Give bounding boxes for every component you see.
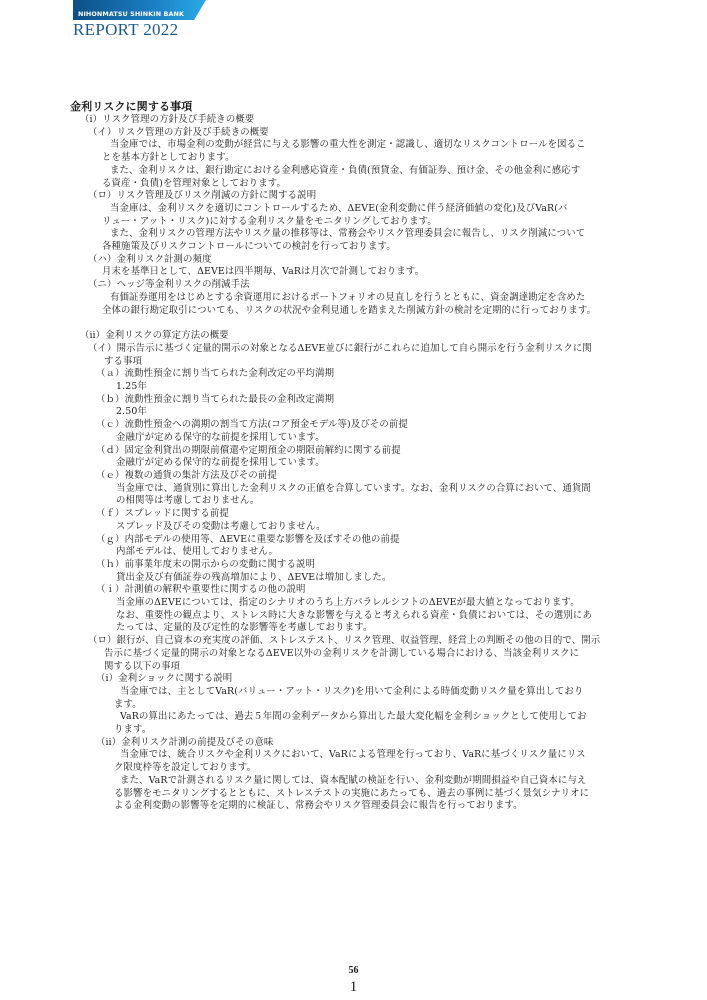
bank-name: NIHONMATSU SHINKIN BANK	[78, 10, 184, 18]
document-lines: （ⅰ）リスク管理の方針及び手続きの概要（イ）リスク管理の方針及び手続きの概要当金…	[70, 114, 640, 813]
text-line: リュー・アット・リスク)に対する金利リスク量をモニタリングしております。	[70, 216, 640, 229]
text-line: 当金庫は、金利リスクを適切にコントロールするため、ΔEVE(金利変動に伴う経済価…	[70, 203, 640, 216]
text-line: よる金利変動の影響等を定期的に検証し、常務会やリスク管理委員会に報告を行っており…	[70, 800, 640, 813]
text-line: ク限度枠等を設定しております。	[70, 762, 640, 775]
text-line: （ⅱ）金利リスク計測の前提及びその意味	[70, 737, 640, 750]
text-line: 告示に基づく定量的開示の対象となるΔEVE以外の金利リスクを計測している場合にお…	[70, 648, 640, 661]
text-line: （ｈ）前事業年度末の開示からの変動に関する説明	[70, 559, 640, 572]
text-line: る影響をモニタリングするとともに、ストレステストの実施にあたっても、過去の事例に…	[70, 788, 640, 801]
text-line: する事項	[70, 356, 640, 369]
text-line: 各種施策及びリスクコントロールについての検討を行っております。	[70, 241, 640, 254]
text-line: 当金庫では、統合リスクや金利リスクにおいて、VaRによる管理を行っており、VaR…	[70, 749, 640, 762]
text-line: 当金庫では、市場金利の変動が経営に与える影響の重大性を測定・認識し、適切なリスク…	[70, 139, 640, 152]
text-line: 有価証券運用をはじめとする余資運用におけるポートフォリオの見直しを行うとともに、…	[70, 292, 640, 305]
text-line: なお、重要性の観点より、ストレス時に大きな影響を与えると考えられる資産・負債にお…	[70, 610, 640, 623]
text-line: また、VaRで計測されるリスク量に関しては、資本配賦の検証を行い、金利変動が期間…	[70, 775, 640, 788]
text-line: 内部モデルは、使用しておりません。	[70, 546, 640, 559]
spacer	[70, 317, 640, 330]
text-line: スプレッド及びその変動は考慮しておりません。	[70, 521, 640, 534]
text-line: とを基本方針としております。	[70, 152, 640, 165]
report-title: REPORT 2022	[73, 20, 178, 40]
text-line: （ニ）ヘッジ等金利リスクの削減手法	[70, 279, 640, 292]
text-line: VaRの算出にあたっては、過去５年間の金利データから算出した最大変化幅を金利ショ…	[70, 711, 640, 724]
text-line: 1.25年	[70, 381, 640, 394]
text-line: 関する以下の事項	[70, 661, 640, 674]
text-line: （ⅰ）リスク管理の方針及び手続きの概要	[70, 114, 640, 127]
text-line: （ｇ）内部モデルの使用等、ΔEVEに重要な影響を及ぼすその他の前提	[70, 534, 640, 547]
text-line: たっては、定量的及び定性的な影響等を考慮しております。	[70, 622, 640, 635]
text-line: （ｆ）スプレッドに関する前提	[70, 508, 640, 521]
text-line: （ロ）銀行が、自己資本の充実度の評価、ストレステスト、リスク管理、収益管理、経営…	[70, 635, 640, 648]
text-line: 金融庁が定める保守的な前提を採用しています。	[70, 457, 640, 470]
text-line: （ｄ）固定金利貸出の期限前償還や定期預金の期限前解約に関する前提	[70, 445, 640, 458]
text-line: 金融庁が定める保守的な前提を採用しています。	[70, 432, 640, 445]
text-line: 当金庫では、通貨別に算出した金利リスクの正値を合算しています。なお、金利リスクの…	[70, 483, 640, 496]
text-line: 当金庫では、主としてVaR(バリュー・アット・リスク)を用いて金利による時価変動…	[70, 686, 640, 699]
text-line: る資産・負債)を管理対象としております。	[70, 178, 640, 191]
text-line: （ロ）リスク管理及びリスク削減の方針に関する説明	[70, 190, 640, 203]
text-line: ります。	[70, 724, 640, 737]
text-line: （ｉ）計測値の解釈や重要性に関するの他の説明	[70, 584, 640, 597]
text-line: （ｂ）流動性預金に割り当てられた最長の金利改定満期	[70, 394, 640, 407]
text-line: ます。	[70, 699, 640, 712]
text-line: また、金利リスクは、銀行勘定における金利感応資産・負債(預貸金、有価証券、預け金…	[70, 165, 640, 178]
text-line: 2.50年	[70, 406, 640, 419]
text-line: （ハ）金利リスク計測の頻度	[70, 254, 640, 267]
text-line: （ⅰ）金利ショックに関する説明	[70, 673, 640, 686]
text-line: （イ）リスク管理の方針及び手続きの概要	[70, 127, 640, 140]
text-line: の相関等は考慮しておりません。	[70, 495, 640, 508]
text-line: また、金利リスクの管理方法やリスク量の推移等は、常務会やリスク管理委員会に報告し…	[70, 228, 640, 241]
text-line: 当金庫のΔEVEについては、指定のシナリオのうち上方パラレルシフトのΔEVEが最…	[70, 597, 640, 610]
text-line: （ⅱ）金利リスクの算定方法の概要	[70, 330, 640, 343]
document-body: 金利リスクに関する事項 （ⅰ）リスク管理の方針及び手続きの概要（イ）リスク管理の…	[70, 99, 640, 813]
text-line: （ｅ）複数の通貨の集計方法及びその前提	[70, 470, 640, 483]
text-line: （イ）開示告示に基づく定量的開示の対象となるΔEVE並びに銀行がこれらに追加して…	[70, 343, 640, 356]
text-line: 月末を基準日として、ΔEVEは四半期毎、VaRは月次で計測しております。	[70, 266, 640, 279]
text-line: （ａ）流動性預金に割り当てられた金利改定の平均満期	[70, 368, 640, 381]
text-line: （ｃ）流動性預金への満期の割当て方法(コア預金モデル等)及びその前提	[70, 419, 640, 432]
page-number: 56	[0, 965, 707, 976]
text-line: 全体の銀行勘定取引についても、リスクの状況や金利見通しを踏まえた削減方針の検討を…	[70, 305, 640, 318]
text-line: 貸出金及び有価証券の残高増加により、ΔEVEは増加しました。	[70, 572, 640, 585]
section-title: 金利リスクに関する事項	[70, 99, 640, 114]
page-sub-mark: 1	[0, 979, 707, 996]
